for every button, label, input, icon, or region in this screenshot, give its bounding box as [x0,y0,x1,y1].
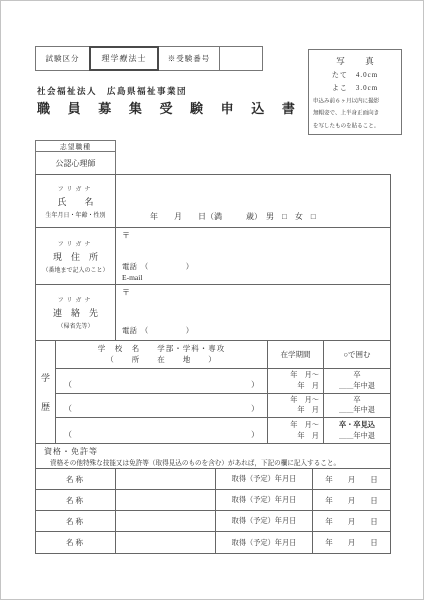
paren-open: （ [64,379,72,390]
address-row-label: フリガナ 現 住 所 （番地まで記入のこと） [36,228,116,284]
acquisition-date-label: 取得（予定）年月日 [216,490,313,510]
qualification-name-field[interactable] [116,469,216,489]
desired-position-table: 志望職種 公認心理師 [35,140,116,176]
acquisition-date-label: 取得（予定）年月日 [216,511,313,531]
exam-number-field[interactable] [219,46,263,71]
graduation-choice[interactable]: 卒 ＿＿年中退 [324,394,390,418]
furigana-label: フリガナ [58,184,94,193]
acquisition-date-field[interactable]: 年 月 日 [313,469,390,489]
enrollment-period-field[interactable]: 年 月～ 年 月 [268,418,324,443]
grad-option: 卒 [353,395,360,406]
exam-number-label: ※受験番号 [158,46,220,71]
contact-row: フリガナ 連 絡 先 （帰省先等） 〒 電話 （ ） [36,285,390,341]
acquisition-date-field[interactable]: 年 月 日 [313,490,390,510]
qualification-row: 名称 取得（予定）年月日 年 月 日 [36,490,390,511]
contact-note-label: （帰省先等） [57,321,93,330]
qualification-row: 名称 取得（予定）年月日 年 月 日 [36,511,390,532]
application-form-page: 試験区分 理学療法士 ※受験番号 写 真 たて 4.0cm よこ 3.0cm 申… [0,0,424,600]
address-label: 現 住 所 [53,250,98,263]
address-note-label: （番地まで記入のこと） [42,265,108,274]
name-field[interactable]: 年 月 日（満 歳） 男 □ 女 □ [116,175,390,227]
main-form-table: フリガナ 氏 名 生年月日・年齢・性別 年 月 日（満 歳） 男 □ 女 □ フ… [35,174,391,554]
period-from: 年 月～ [272,395,319,406]
paren-close: ） [251,429,259,440]
period-from: 年 月～ [272,420,319,431]
enrollment-period-field[interactable]: 年 月～ 年 月 [268,394,324,418]
school-name-field[interactable]: （ ） [56,394,268,418]
education-row: （ ） 年 月～ 年 月 卒・卒見込 ＿＿年中退 [56,418,390,443]
birthdate-gender-line: 年 月 日（満 歳） 男 □ 女 □ [150,211,316,222]
acquisition-date-label: 取得（予定）年月日 [216,469,313,489]
dropout-option: ＿＿年中退 [339,381,375,392]
education-table: 学 校 名 学部・学科・専攻 （ 所 在 地 ） 在学期間 ○で囲む （ ） 年… [56,341,390,443]
paren-close: ） [251,403,259,414]
enrollment-period-header: 在学期間 [268,341,324,368]
education-side-label: 学 歴 [36,341,56,443]
desired-position-value: 公認心理師 [35,152,116,176]
graduation-choice[interactable]: 卒 ＿＿年中退 [324,369,390,393]
qualification-name-field[interactable] [116,490,216,510]
photo-title: 写 真 [309,55,401,67]
paren-close: ） [251,379,259,390]
qualifications-note: 資格その他特殊な技能又は免許等（取得見込のものを含む）があれば，下記の欄に記入す… [50,457,340,467]
qualification-name-label: 名称 [36,511,116,531]
school-name-field[interactable]: （ ） [56,369,268,393]
qualifications-header: 資格・免許等 資格その他特殊な技能又は免許等（取得見込のものを含む）があれば，下… [36,444,390,469]
education-side-char: 学 [41,371,50,384]
education-row: （ ） 年 月～ 年 月 卒 ＿＿年中退 [56,369,390,394]
furigana-label: フリガナ [58,239,94,248]
school-header-line2: （ 所 在 地 ） [106,354,217,366]
photo-note-line: 無帽姿で、上半身正面向き [313,108,390,119]
period-to: 年 月 [272,431,319,442]
photo-box: 写 真 たて 4.0cm よこ 3.0cm 申込み前６ヶ月以内に撮影 無帽姿で、… [308,49,402,135]
paren-open: （ [64,403,72,414]
acquisition-date-field[interactable]: 年 月 日 [313,511,390,531]
qualification-name-field[interactable] [116,532,216,553]
school-name-field[interactable]: （ ） [56,418,268,443]
qualification-row: 名称 取得（予定）年月日 年 月 日 [36,469,390,490]
photo-height-spec: たて 4.0cm [309,70,401,80]
photo-width-spec: よこ 3.0cm [309,83,401,93]
school-header-line1: 学 校 名 学部・学科・専攻 [98,343,226,355]
qualification-name-label: 名称 [36,469,116,489]
organization-name: 社会福祉法人 広島県福祉事業団 [37,85,187,97]
dropout-option: ＿＿年中退 [339,431,375,442]
postal-mark: 〒 [122,230,130,241]
photo-notes: 申込み前６ヶ月以内に撮影 無帽姿で、上半身正面向き を写したものを貼ること。 [309,96,401,133]
photo-note-line: を写したものを貼ること。 [313,121,390,132]
phone-line: 電話 （ ） [122,261,193,272]
desired-position-label: 志望職種 [35,140,116,152]
grad-option: 卒 [353,370,360,381]
phone-line: 電話 （ ） [122,325,193,336]
qualification-name-label: 名称 [36,532,116,553]
birth-age-sex-label: 生年月日・年齢・性別 [45,210,105,219]
graduation-choice[interactable]: 卒・卒見込 ＿＿年中退 [324,418,390,443]
circle-choice-header: ○で囲む [324,341,390,368]
address-field[interactable]: 〒 電話 （ ） E-mail [116,228,390,284]
acquisition-date-field[interactable]: 年 月 日 [313,532,390,553]
grad-option: 卒・卒見込 [339,420,375,431]
photo-note-line: 申込み前６ヶ月以内に撮影 [313,96,390,107]
period-to: 年 月 [272,381,319,392]
education-section: 学 歴 学 校 名 学部・学科・専攻 （ 所 在 地 ） 在学期間 ○で囲む （… [36,341,390,444]
contact-label: 連 絡 先 [53,306,98,319]
contact-row-label: フリガナ 連 絡 先 （帰省先等） [36,285,116,340]
acquisition-date-label: 取得（予定）年月日 [216,532,313,553]
education-row: （ ） 年 月～ 年 月 卒 ＿＿年中退 [56,394,390,419]
period-to: 年 月 [272,405,319,416]
dropout-option: ＿＿年中退 [339,405,375,416]
period-from: 年 月～ [272,370,319,381]
qualification-row: 名称 取得（予定）年月日 年 月 日 [36,532,390,553]
exam-category-value: 理学療法士 [89,46,159,71]
qualifications-title: 資格・免許等 [44,446,98,457]
education-side-char: 歴 [41,400,50,413]
qualification-name-label: 名称 [36,490,116,510]
exam-header-table: 試験区分 理学療法士 ※受験番号 [35,46,263,71]
email-label: E-mail [122,273,142,282]
name-row-label: フリガナ 氏 名 生年月日・年齢・性別 [36,175,116,227]
education-header-row: 学 校 名 学部・学科・専攻 （ 所 在 地 ） 在学期間 ○で囲む [56,341,390,369]
address-row: フリガナ 現 住 所 （番地まで記入のこと） 〒 電話 （ ） E-mail [36,228,390,285]
paren-open: （ [64,429,72,440]
enrollment-period-field[interactable]: 年 月～ 年 月 [268,369,324,393]
exam-category-label: 試験区分 [35,46,90,71]
school-name-header: 学 校 名 学部・学科・専攻 （ 所 在 地 ） [56,341,268,368]
form-title: 職 員 募 集 受 験 申 込 書 [37,98,302,117]
name-row: フリガナ 氏 名 生年月日・年齢・性別 年 月 日（満 歳） 男 □ 女 □ [36,175,390,228]
name-label: 氏 名 [57,195,93,208]
furigana-label: フリガナ [58,295,94,304]
postal-mark: 〒 [122,287,130,298]
contact-field[interactable]: 〒 電話 （ ） [116,285,390,340]
qualification-name-field[interactable] [116,511,216,531]
